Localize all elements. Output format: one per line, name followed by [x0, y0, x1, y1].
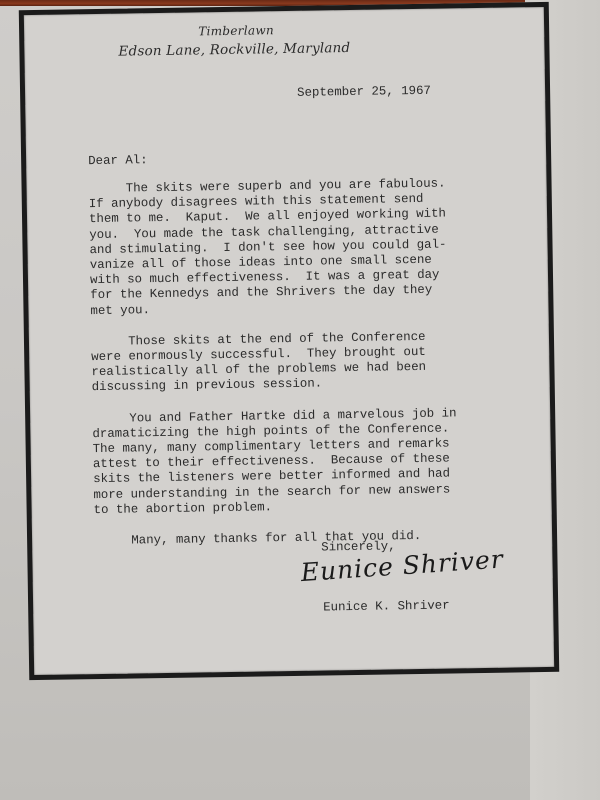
salutation: Dear Al: — [88, 153, 148, 168]
letter-body: The skits were superb and you are fabulo… — [88, 175, 534, 565]
paragraph-2: Those skits at the end of the Conference… — [91, 328, 532, 396]
signer-name: Eunice K. Shriver — [323, 599, 450, 615]
paragraph-3: You and Father Hartke did a marvelous jo… — [92, 405, 534, 518]
letter-date: September 25, 1967 — [297, 84, 431, 100]
letterhead-address: Edson Lane, Rockville, Maryland — [0, 38, 495, 62]
letter-frame: Timberlawn Edson Lane, Rockville, Maryla… — [19, 2, 559, 680]
paragraph-1: The skits were superb and you are fabulo… — [88, 175, 530, 319]
